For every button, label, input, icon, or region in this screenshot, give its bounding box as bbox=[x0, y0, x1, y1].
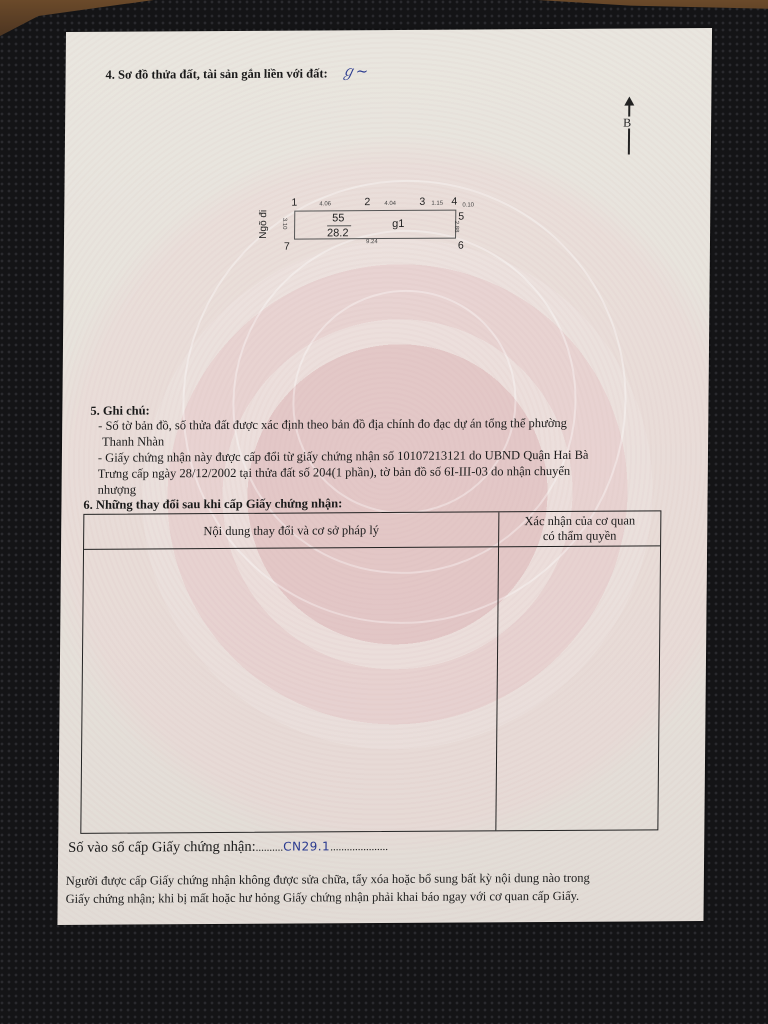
edge-length: 4.06 bbox=[319, 201, 331, 207]
edge-length: 0.10 bbox=[462, 202, 474, 208]
point-label: 6 bbox=[458, 240, 464, 252]
note-line: Trưng cấp ngày 28/12/2002 tại thửa đất s… bbox=[98, 463, 571, 482]
column-header-content: Nội dung thay đổi và cơ sở pháp lý bbox=[84, 512, 498, 549]
plot-diagram: 1 2 3 4 5 6 7 4.06 4.04 1.15 0.10 2.88 9… bbox=[294, 199, 495, 280]
registry-label: Số vào sổ cấp Giấy chứng nhận: bbox=[68, 839, 256, 856]
point-label: 1 bbox=[291, 197, 297, 209]
adjacent-road-label: Ngõ đi bbox=[258, 210, 269, 239]
parcel-area: 28.2 bbox=[327, 227, 349, 239]
header-line: Xác nhận của cơ quan bbox=[524, 513, 635, 529]
edge-length: 4.04 bbox=[384, 201, 396, 207]
empty-confirmation-cell bbox=[496, 546, 660, 830]
certificate-page: 4. Sơ đồ thửa đất, tài sản gắn liền với … bbox=[57, 28, 712, 925]
empty-content-cell bbox=[81, 547, 498, 833]
point-label: 2 bbox=[364, 196, 370, 208]
signature-mark: ℊ~ bbox=[341, 60, 369, 81]
changes-table: Nội dung thay đổi và cơ sở pháp lý Xác n… bbox=[80, 510, 661, 834]
note-line: Thanh Nhàn bbox=[102, 433, 164, 449]
land-use-code: g1 bbox=[392, 218, 404, 230]
notice-line: Giấy chứng nhận; khi bị mất hoặc hư hỏng… bbox=[66, 886, 646, 908]
header-line: có thẩm quyền bbox=[524, 528, 635, 544]
edge-length: 2.88 bbox=[453, 221, 459, 233]
section-4-title: 4. Sơ đồ thửa đất, tài sản gắn liền với … bbox=[106, 66, 328, 82]
parcel-outline bbox=[294, 210, 456, 240]
point-label: 3 bbox=[419, 196, 425, 208]
registry-number-line: Số vào sổ cấp Giấy chứng nhận:..........… bbox=[68, 838, 388, 857]
column-header-confirmation: Xác nhận của cơ quan có thẩm quyền bbox=[499, 511, 660, 546]
leader-dots: .......... bbox=[256, 842, 284, 854]
edge-length: 3.10 bbox=[281, 218, 287, 230]
point-label: 4 bbox=[451, 196, 457, 208]
legal-notice: Người được cấp Giấy chứng nhận không đượ… bbox=[66, 868, 646, 908]
note-line: - Số tờ bản đồ, số thửa đất được xác địn… bbox=[98, 415, 567, 434]
point-label: 5 bbox=[458, 211, 464, 223]
point-label: 7 bbox=[284, 241, 290, 253]
note-line: nhượng bbox=[98, 482, 137, 498]
edge-length: 1.15 bbox=[431, 201, 443, 207]
parcel-number: 55 bbox=[332, 212, 344, 224]
section-6-title: 6. Những thay đổi sau khi cấp Giấy chứng… bbox=[83, 496, 342, 513]
edge-length: 9.24 bbox=[366, 239, 378, 245]
north-label: B bbox=[623, 117, 631, 129]
registry-value: CN29.1 bbox=[283, 839, 330, 853]
north-arrow-icon: B bbox=[623, 97, 636, 157]
fraction-line bbox=[327, 225, 351, 226]
leader-dots: ..................... bbox=[330, 841, 388, 853]
